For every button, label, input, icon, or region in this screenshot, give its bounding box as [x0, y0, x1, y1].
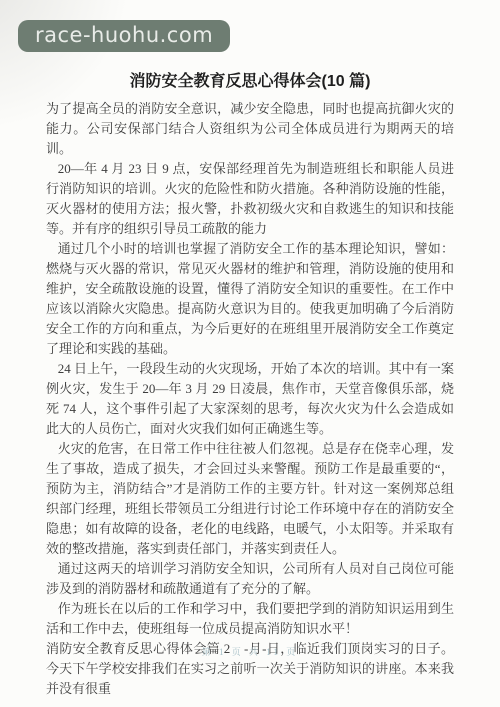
paragraphs: 为了提高全员的消防安全意识，减少安全隐患，同时也提高抗御火灾的能力。公司安保部门…: [46, 99, 454, 699]
page-number-footer: 第 1 页 共 11 页: [0, 645, 500, 658]
paragraph: 通过几个小时的培训也掌握了消防安全工作的基本理论知识，譬如：燃烧与灭火器的常识，…: [46, 239, 454, 359]
site-watermark-badge: race-huohu.com: [18, 20, 230, 52]
paragraph: 火灾的危害，在日常工作中往往被人们忽视。总是存在侥幸心理，发生了事故，造成了损失…: [46, 439, 454, 559]
paragraph: 24 日上午，一段段生动的火灾现场，开始了本次的培训。其中有一案例火灾，发生于 …: [46, 359, 454, 439]
document-title: 消防安全教育反思心得体会(10 篇): [0, 68, 500, 91]
paragraph: 为了提高全员的消防安全意识，减少安全隐患，同时也提高抗御火灾的能力。公司安保部门…: [46, 99, 454, 159]
paragraph: 20—年 4 月 23 日 9 点，安保部经理首先为制造班组长和职能人员进行消防…: [46, 159, 454, 239]
paragraph: 通过这两天的培训学习消防安全知识，公司所有人员对自己岗位可能涉及到的消防器材和疏…: [46, 559, 454, 599]
document-page: race-huohu.com 消防安全教育反思心得体会(10 篇) 为了提高全员…: [0, 0, 500, 707]
paragraph: 作为班长在以后的工作和学习中，我们要把学到的消防知识运用到生活和工作中去，使班组…: [46, 599, 454, 639]
